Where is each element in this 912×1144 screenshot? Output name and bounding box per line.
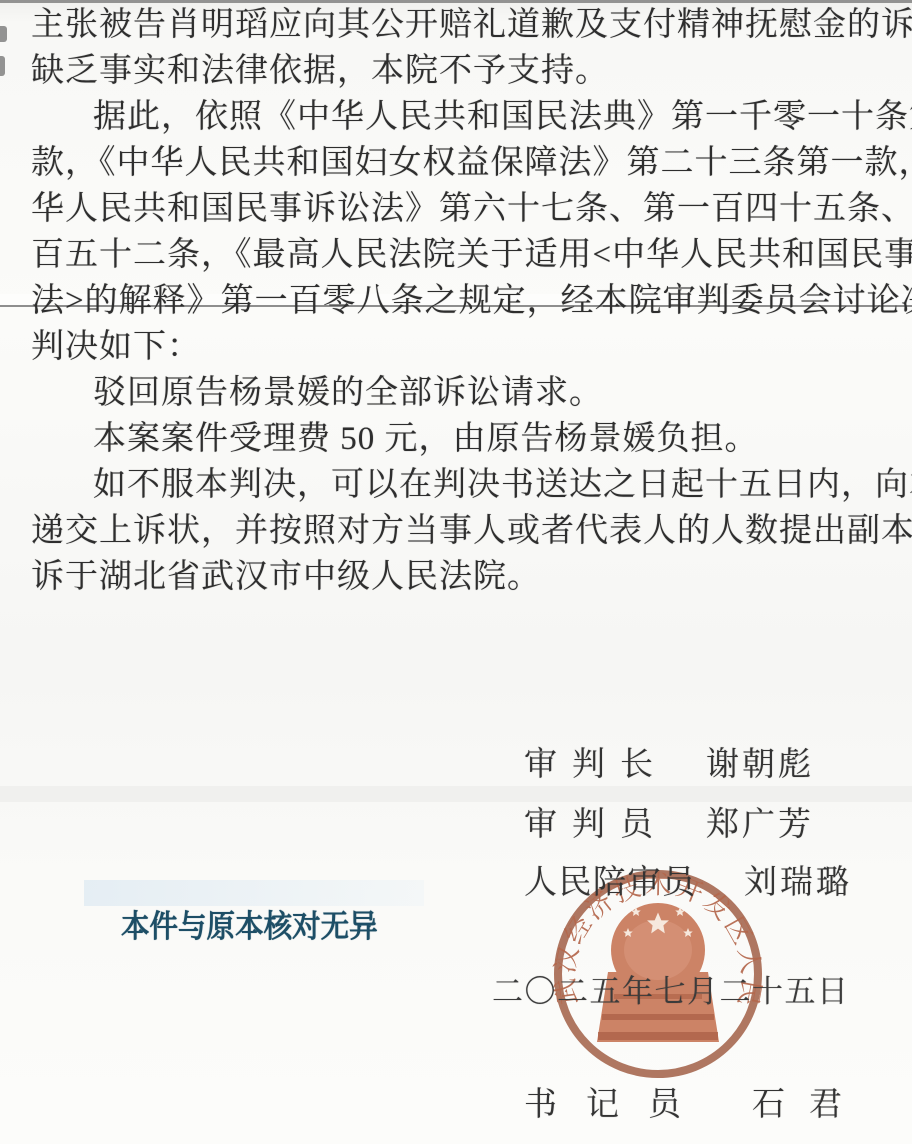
signature-name: 刘瑞璐 <box>744 856 852 903</box>
court-judgment-scan-page: 主张被告肖明瑫应向其公开赔礼道歉及支付精神抚慰金的诉请， 缺乏事实和法律依据，本… <box>0 0 912 1144</box>
body-line: 款，《中华人民共和国妇女权益保障法》第二十三条第一款，《中 <box>31 140 887 186</box>
body-line: 缺乏事实和法律依据，本院不予支持。 <box>31 48 887 94</box>
body-line-verdict-intro: 判决如下： <box>31 324 887 370</box>
scan-edge-smudge <box>0 26 7 42</box>
body-line: 百五十二条，《最高人民法院关于适用<中华人民共和国民事诉讼 <box>31 232 887 278</box>
body-line: 主张被告肖明瑫应向其公开赔礼道歉及支付精神抚慰金的诉请， <box>31 2 887 48</box>
body-line: 法>的解释》第一百零八条之规定，经本院审判委员会讨论决定， <box>31 278 887 324</box>
body-line-appeal-notice: 如不服本判决，可以在判决书送达之日起十五日内，向本院 <box>31 462 887 508</box>
body-line-court-fee: 本案案件受理费 50 元，由原告杨景媛负担。 <box>31 416 887 462</box>
judgment-body-text: 主张被告肖明瑫应向其公开赔礼道歉及支付精神抚慰金的诉请， 缺乏事实和法律依据，本… <box>31 2 887 600</box>
body-line-appeal-notice: 诉于湖北省武汉市中级人民法院。 <box>31 554 887 600</box>
signature-name: 石君 <box>752 1078 866 1125</box>
signature-row-presiding-judge: 审判长 谢朝彪 <box>524 740 814 782</box>
body-line-appeal-notice: 递交上诉状，并按照对方当事人或者代表人的人数提出副本，上 <box>31 508 887 554</box>
signature-name: 谢朝彪 <box>706 738 814 785</box>
signature-role: 审判员 <box>524 798 696 845</box>
body-line: 据此，依照《中华人民共和国民法典》第一千零一十条第一 <box>31 94 887 140</box>
signature-row-judge: 审判员 郑广芳 <box>524 800 814 842</box>
signature-name: 郑广芳 <box>706 798 814 845</box>
signature-row-clerk: 书记员 石君 <box>524 1078 866 1125</box>
body-line-verdict-item: 驳回原告杨景媛的全部诉讼请求。 <box>31 370 887 416</box>
scan-edge-smudge <box>0 56 5 76</box>
judgment-date: 二〇二五年七月二十五日 <box>492 966 850 1011</box>
body-line: 华人民共和国民事诉讼法》第六十七条、第一百四十五条、第一 <box>31 186 887 232</box>
signature-role: 书记员 <box>524 1078 712 1125</box>
verification-stamp-text: 本件与原本核对无异 <box>121 901 378 946</box>
signature-role: 审判长 <box>524 738 696 785</box>
signature-row-peoples-assessor: 人民陪审员 刘瑞璐 <box>524 858 852 900</box>
signature-role: 人民陪审员 <box>524 856 696 903</box>
